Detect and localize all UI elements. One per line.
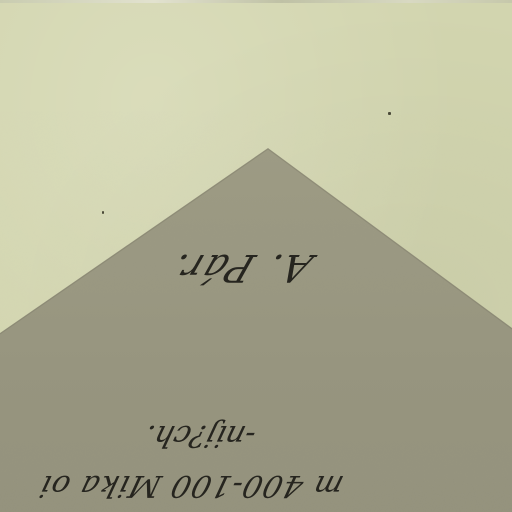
handwriting-line-1: A. Pár. [164,246,318,290]
handwriting-line-3: m 400-100 Mika oi [35,468,347,503]
paper-speck [102,211,104,214]
handwriting-line-2: -nij?ch. [140,418,259,453]
paper-speck [388,112,391,115]
